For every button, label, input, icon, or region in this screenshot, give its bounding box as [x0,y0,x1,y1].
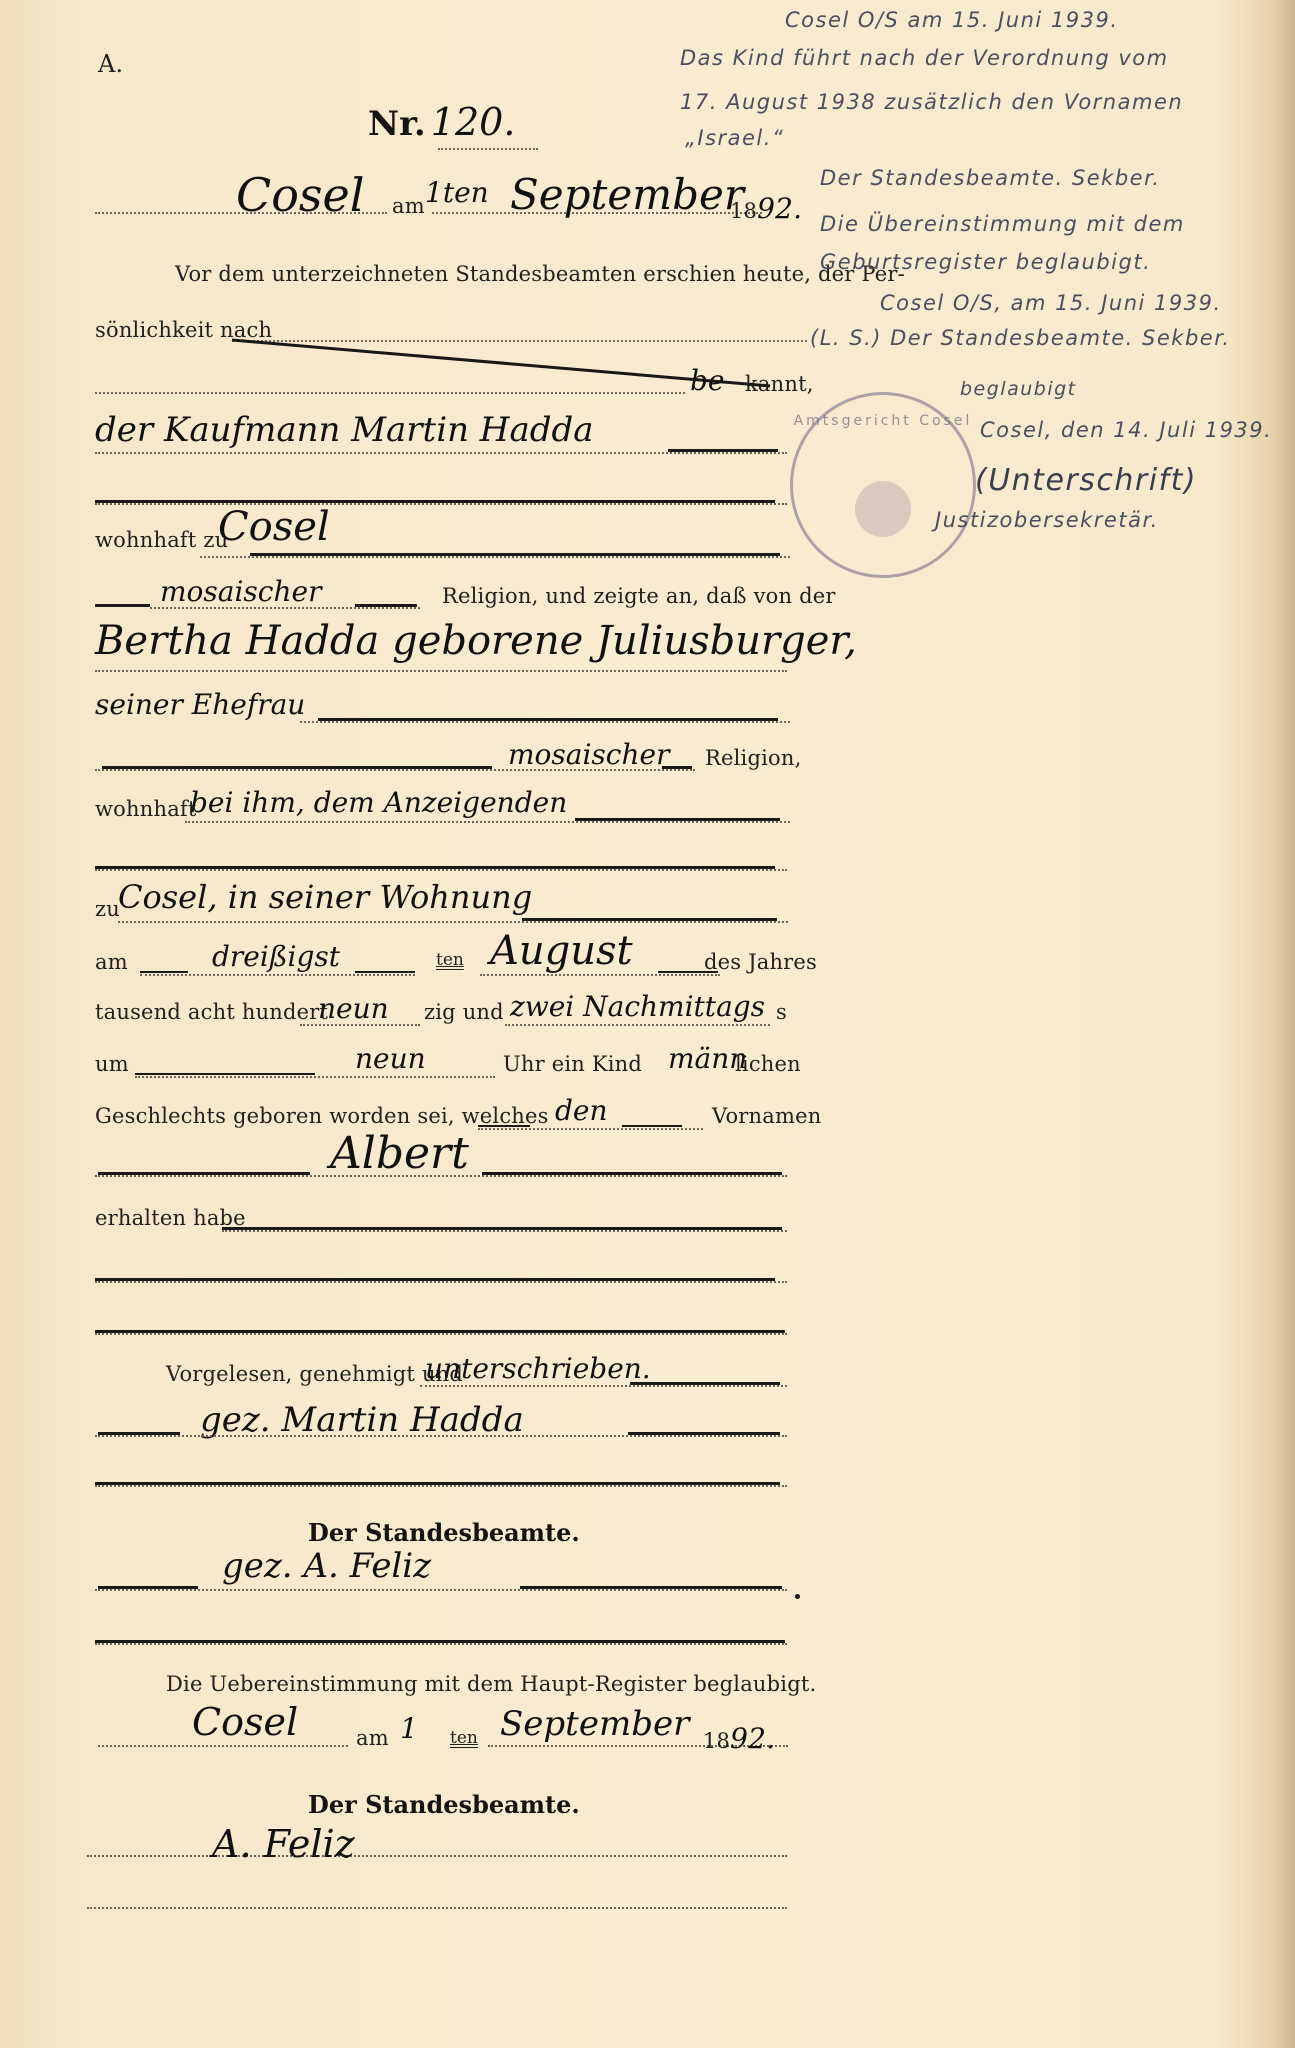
mother-name: Bertha Hadda geborene Juliusburger, [95,618,857,664]
cert-sign-dotted-1 [87,1855,787,1857]
time-value: neun [355,1042,426,1075]
year-prefix: 18 [730,199,757,223]
sex-line-value: den [555,1094,608,1127]
margin-note-line: Cosel O/S am 15. Juni 1939. [785,8,1119,32]
time-label1: um [95,1052,129,1076]
year-line-suffix: s [776,1000,787,1024]
margin-note-line: beglaubigt [960,378,1077,400]
date-year-label: des Jahres [704,950,817,974]
margin-note-line: Das Kind führt nach der Verordnung vom [680,46,1169,70]
margin-note-signature: (Unterschrift) [975,463,1197,498]
header-month: September [510,170,744,219]
forename-value: Albert [330,1128,469,1179]
birthplace-value: Cosel, in seiner Wohnung [118,878,532,916]
day-rule-left [140,971,188,973]
cert-place: Cosel [192,1700,298,1744]
mother-dotted-line [95,670,787,672]
mother-relation: seiner Ehefrau [95,688,305,721]
strike-line [230,336,830,396]
mother-religion-value: mosaischer [508,738,669,771]
mother-residence-dotted [185,821,790,823]
year-dotted2 [505,1024,770,1026]
certification-text: Die Uebereinstimmung mit dem Haupt-Regis… [166,1672,816,1696]
header-year: 1892. [730,192,802,225]
sex-rule-left [478,1125,530,1127]
mother-religion-rule-right [662,766,692,769]
year-line-value1: neun [318,992,389,1025]
number-dotted-line [438,148,538,150]
blank-dotted-1 [95,503,787,505]
year-line-value2: zwei Nachmittags [510,990,765,1023]
cert-signature: A. Feliz [212,1822,355,1866]
margin-note-line: Die Übereinstimmung mit dem [820,212,1185,236]
mother-religion-label: Religion, [705,746,801,770]
religion-rule-right [355,604,417,607]
year-line-label1: tausend acht hundert [95,1000,328,1024]
religion-dotted-line [150,607,420,609]
forename-label: Vornamen [712,1104,821,1128]
margin-note-line: Cosel O/S, am 15. Juni 1939. [880,291,1222,315]
intro-line: Vor dem unterzeichneten Standesbeamten e… [175,262,905,286]
known-prefix: be [690,364,725,397]
forename-dotted [95,1175,787,1177]
registrar-signature: gez. A. Feliz [222,1546,431,1586]
stamp-emblem [855,481,911,537]
mother-residence-value: bei ihm, dem Anzeigenden [190,786,567,819]
registrar-heading: Der Standesbeamte. [308,1518,580,1547]
year-suffix: 92. [757,192,802,225]
number-label: Nr. [368,104,426,144]
residence-label: wohnhaft zu [95,528,228,552]
informant-name: der Kaufmann Martin Hadda [95,410,594,450]
margin-note-line: Der Standesbeamte. Sekber. [820,166,1160,190]
margin-note-line: „Israel.“ [685,126,784,150]
cert-heading: Der Standesbeamte. [308,1790,580,1819]
residence-value: Cosel [218,504,330,550]
form-letter: A. [98,50,123,78]
date-month-value: August [490,928,633,974]
read-dotted [420,1385,787,1387]
day-dotted [140,974,415,976]
sex-dotted [478,1128,703,1130]
cert-sign-dotted-2 [87,1907,787,1909]
cert-am-label: am [356,1726,389,1750]
registrar-sign-dotted [95,1589,787,1591]
time-rule [135,1073,315,1075]
blank-dotted-4 [95,1333,787,1335]
cert-year: 1892. [703,1722,775,1755]
religion-value: mosaischer [160,575,321,608]
date-ten-label: ten [436,950,464,970]
margin-note-line: Justizobersekretär. [935,508,1159,532]
blank-dotted-3 [95,1281,787,1283]
blank-dotted-5 [95,1485,787,1487]
birthplace-dotted [118,921,788,923]
margin-note-line: (L. S.) Der Standesbeamte. Sekber. [810,326,1231,350]
informant-sign-dotted [95,1435,787,1437]
number-value: 120. [431,100,516,144]
stamp-text: Amtsgericht Cosel [793,413,973,429]
time-label2: Uhr ein Kind [503,1052,642,1076]
read-value: unterschrieben. [425,1352,651,1385]
cert-ten-label: ten [450,1728,478,1748]
relation-dotted-line [300,721,790,723]
date-am-label: am [95,950,128,974]
received-dotted [222,1230,787,1232]
month-dotted [480,974,720,976]
margin-note-line: Geburtsregister beglaubigt. [820,250,1151,274]
sex-rule-right [622,1125,682,1127]
blank-dotted-2 [95,869,787,871]
official-stamp: Amtsgericht Cosel [790,392,976,578]
residence-dotted-line [200,556,790,558]
cert-year-suffix: 92. [730,1722,775,1755]
margin-note-line: Cosel, den 14. Juli 1939. [980,418,1272,442]
am-label: am [392,194,425,218]
known-label: kannt, [745,372,814,396]
birthplace-label: zu [95,897,120,921]
date-day-value: dreißigst [212,940,340,973]
place-header: Cosel [236,168,364,222]
sex-suffix: lichen [735,1052,801,1076]
day-rule-right [355,971,415,973]
record-number: Nr. 120. [368,100,515,144]
religion-rule-left [95,604,150,607]
read-label: Vorgelesen, genehmigt und [166,1362,463,1386]
blank-dotted-6 [95,1643,787,1645]
religion-label: Religion, und zeigte an, daß von der [442,584,836,608]
informant-signature: gez. Martin Hadda [200,1400,524,1440]
time-dotted [135,1076,495,1078]
cert-month: September [500,1704,689,1744]
known-dotted-line [95,392,685,394]
header-day: 1ten [425,176,489,209]
cert-day: 1 [400,1712,418,1745]
cert-place-dotted [98,1745,348,1747]
mother-residence-label: wohnhaft [95,797,197,821]
year-line-label2: zig und [424,1000,504,1024]
cert-year-prefix: 18 [703,1729,730,1753]
informant-dotted-line [95,452,787,454]
period-mark [795,1594,800,1599]
margin-note-line: 17. August 1938 zusätzlich den Vornamen [680,90,1183,114]
